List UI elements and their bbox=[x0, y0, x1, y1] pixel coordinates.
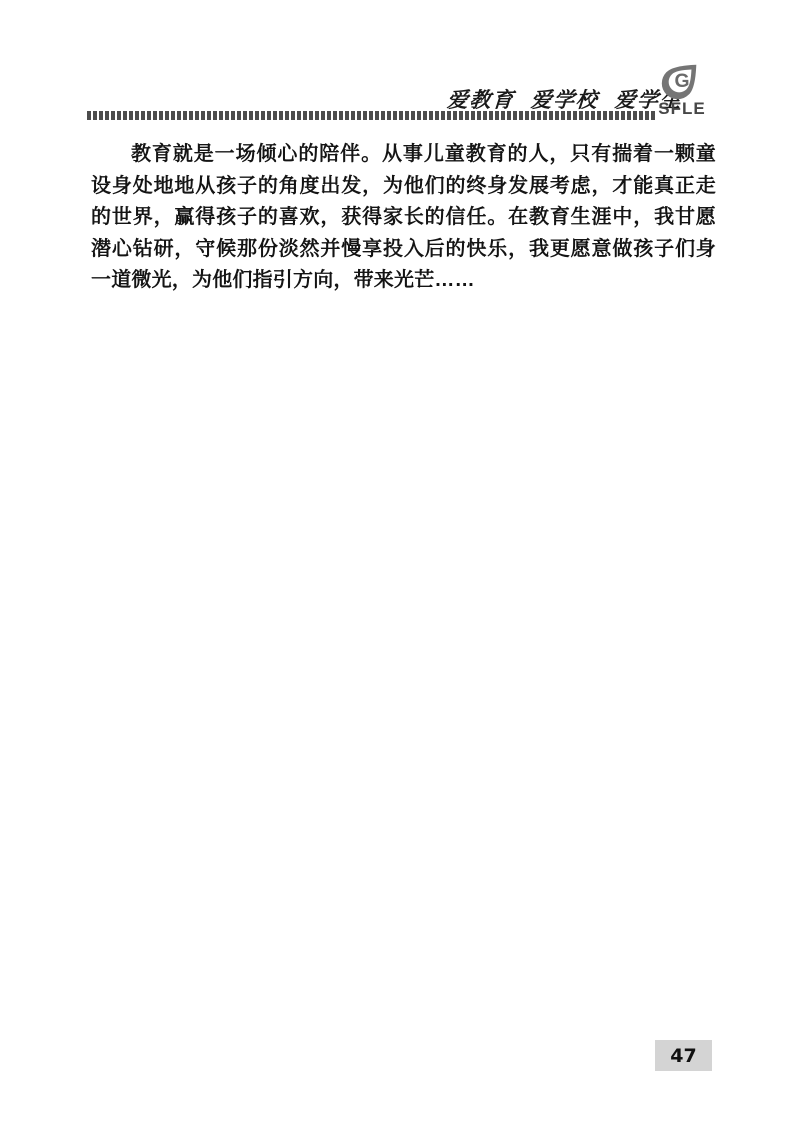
sfle-logo-text: SFLE bbox=[650, 99, 714, 119]
svg-text:G: G bbox=[674, 70, 689, 92]
paragraph-line: 的世界，赢得孩子的喜欢，获得家长的信任。在教育生涯中，我甘愿默默付出， bbox=[91, 202, 716, 234]
page-number: 47 bbox=[670, 1045, 696, 1067]
book-page: 爱教育 爱学校 爱学生 G SFLE 教育就是一场倾心的陪伴。从事儿童教育的人，… bbox=[0, 0, 803, 1134]
page-number-badge: 47 bbox=[655, 1040, 712, 1071]
header-slogan: 爱教育 爱学校 爱学生 bbox=[446, 84, 683, 114]
sfle-droplet-g-icon: G bbox=[659, 57, 705, 101]
paragraph-line: 设身处地地从孩子的角度出发，为他们的终身发展考虑，才能真正走进他们 bbox=[91, 171, 716, 203]
paragraph-line: 教育就是一场倾心的陪伴。从事儿童教育的人，只有揣着一颗童心、爱心， bbox=[91, 139, 716, 171]
paragraph-line: 潜心钻研，守候那份淡然并慢享投入后的快乐，我更愿意做孩子们身边的那 bbox=[91, 234, 716, 266]
paragraph: 教育就是一场倾心的陪伴。从事儿童教育的人，只有揣着一颗童心、爱心， 设身处地地从… bbox=[91, 139, 716, 297]
header-divider-dashed-line bbox=[87, 111, 656, 120]
paragraph-line: 一道微光，为他们指引方向，带来光芒…… bbox=[91, 265, 716, 297]
